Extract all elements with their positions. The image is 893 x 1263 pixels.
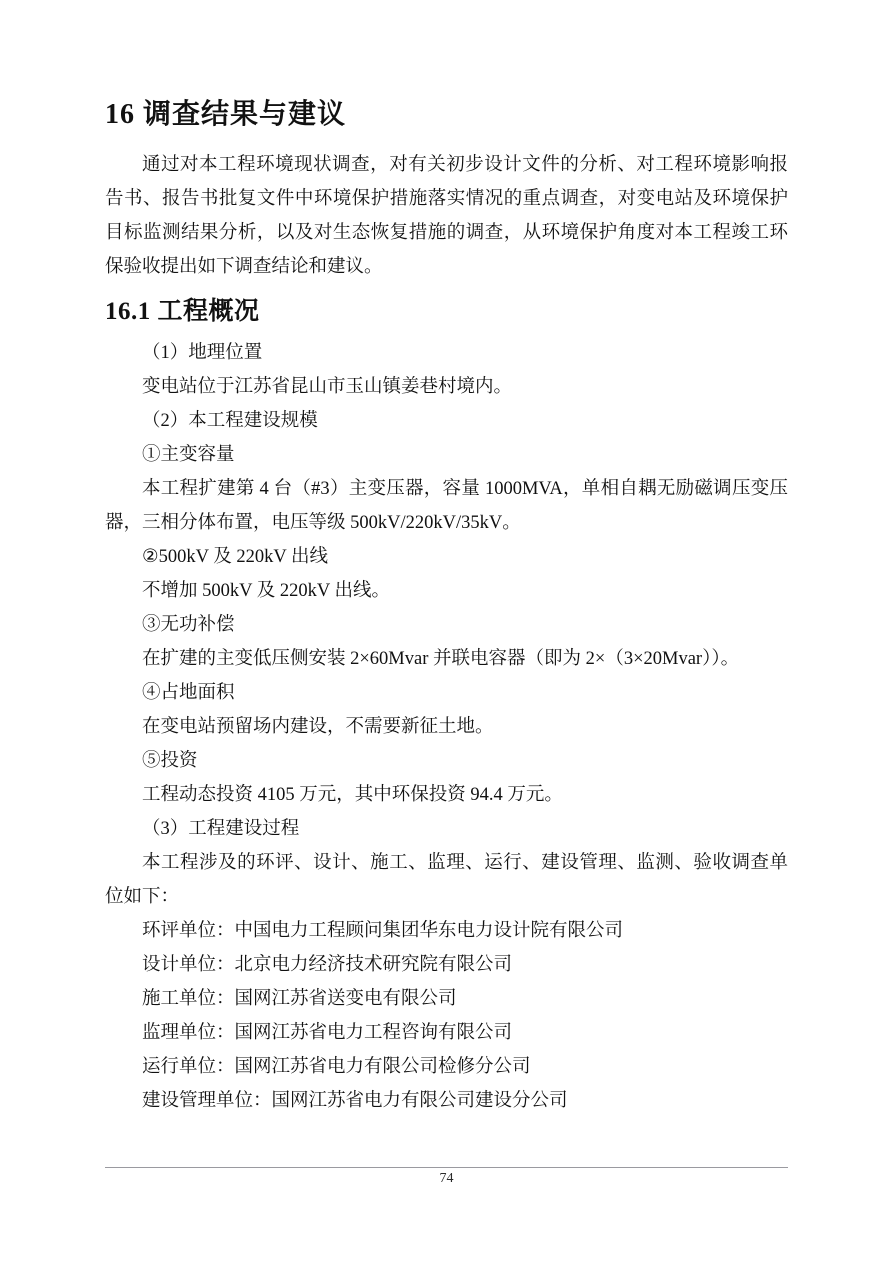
page-number: 74 — [440, 1171, 454, 1187]
paragraph-investment: 工程动态投资 4105 万元，其中环保投资 94.4 万元。 — [105, 778, 788, 812]
paragraph-unit-construction: 施工单位：国网江苏省送变电有限公司 — [105, 982, 788, 1016]
list-item-construction-process-label: （3）工程建设过程 — [105, 812, 788, 846]
paragraph-units-intro: 本工程涉及的环评、设计、施工、监理、运行、建设管理、监测、验收调查单位如下： — [105, 846, 788, 914]
list-item-land-area-label: ④占地面积 — [105, 676, 788, 710]
list-item-geo-location-label: （1）地理位置 — [105, 336, 788, 370]
section-heading: 16.1 工程概况 — [105, 294, 788, 330]
paragraph-reactive-compensation: 在扩建的主变低压侧安装 2×60Mvar 并联电容器（即为 2×（3×20Mva… — [105, 642, 788, 676]
paragraph-unit-supervision: 监理单位：国网江苏省电力工程咨询有限公司 — [105, 1016, 788, 1050]
paragraph-land-area: 在变电站预留场内建设，不需要新征土地。 — [105, 710, 788, 744]
chapter-heading: 16 调查结果与建议 — [105, 96, 788, 134]
list-item-investment-label: ⑤投资 — [105, 744, 788, 778]
paragraph-unit-management: 建设管理单位：国网江苏省电力有限公司建设分公司 — [105, 1084, 788, 1118]
paragraph-outgoing-lines: 不增加 500kV 及 220kV 出线。 — [105, 574, 788, 608]
paragraph-geo-location: 变电站位于江苏省昆山市玉山镇姜巷村境内。 — [105, 370, 788, 404]
intro-paragraph: 通过对本工程环境现状调查，对有关初步设计文件的分析、对工程环境影响报告书、报告书… — [105, 148, 788, 284]
list-item-construction-scale-label: （2）本工程建设规模 — [105, 404, 788, 438]
paragraph-unit-eia: 环评单位：中国电力工程顾问集团华东电力设计院有限公司 — [105, 914, 788, 948]
list-item-outgoing-lines-label: ②500kV 及 220kV 出线 — [105, 540, 788, 574]
document-page: 16 调查结果与建议 通过对本工程环境现状调查，对有关初步设计文件的分析、对工程… — [0, 0, 893, 1263]
list-item-transformer-capacity-label: ①主变容量 — [105, 438, 788, 472]
list-item-reactive-compensation-label: ③无功补偿 — [105, 608, 788, 642]
paragraph-unit-operation: 运行单位：国网江苏省电力有限公司检修分公司 — [105, 1050, 788, 1084]
paragraph-unit-design: 设计单位：北京电力经济技术研究院有限公司 — [105, 948, 788, 982]
page-content: 16 调查结果与建议 通过对本工程环境现状调查，对有关初步设计文件的分析、对工程… — [105, 96, 788, 1118]
page-footer: 74 — [105, 1167, 788, 1187]
paragraph-transformer-capacity: 本工程扩建第 4 台（#3）主变压器，容量 1000MVA，单相自耦无励磁调压变… — [105, 472, 788, 540]
